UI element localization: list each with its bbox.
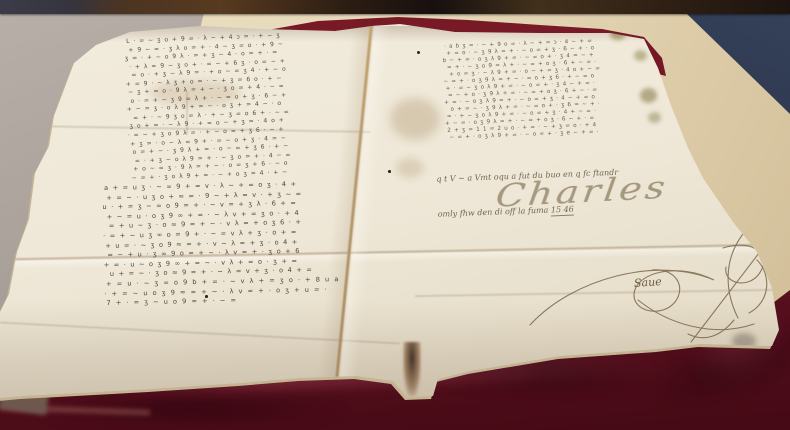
case-frame-bar bbox=[0, 0, 790, 14]
paraph-flourish bbox=[518, 230, 786, 348]
paper-stain bbox=[390, 98, 440, 140]
left-page-cipher-text-lower: a + = u ʒ · ~ ∞ 9 + = v · λ ~ + = o ʒ · … bbox=[104, 178, 409, 309]
ink-blot bbox=[388, 170, 391, 173]
burn-mark bbox=[403, 342, 421, 396]
left-page-cipher-text: L · = ~ ʒ o + 9 = · λ ~ + 4 ɔ = · + ~ ʒ+… bbox=[126, 29, 368, 184]
ink-blot bbox=[417, 51, 420, 54]
museum-display-photo: L · = ~ ʒ o + 9 = · λ ~ + 4 ɔ = · + ~ ʒ+… bbox=[0, 0, 790, 430]
right-page-cipher-text: · a b ʒ = · ~ + 9 o = · λ ~ + = ɔ · 4 ~ … bbox=[444, 35, 676, 142]
paper-stain bbox=[396, 158, 424, 178]
